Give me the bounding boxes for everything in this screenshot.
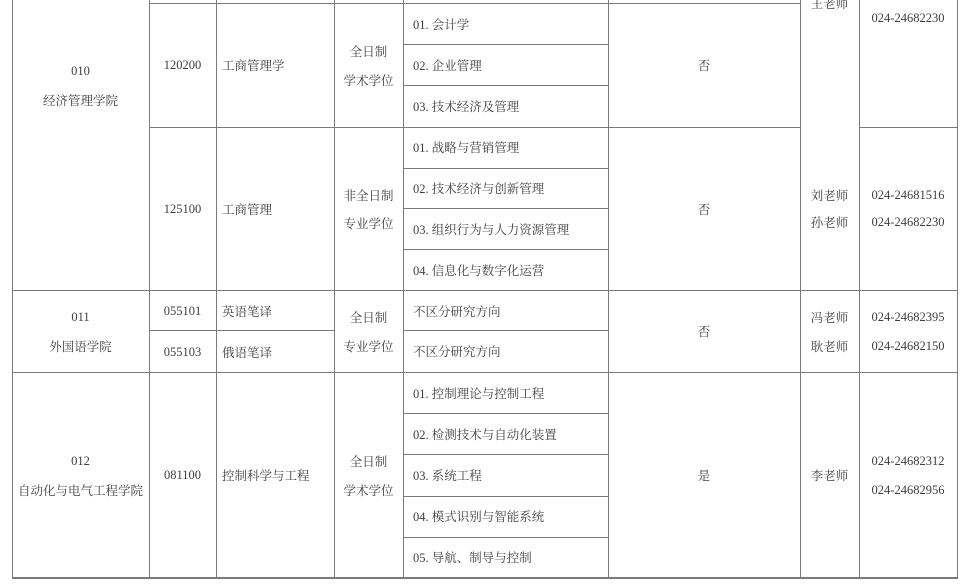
table-border-h — [149, 330, 334, 331]
contact-phone: 024-24681516 — [860, 186, 956, 204]
contact-phone: 024-24682230 — [860, 213, 956, 231]
table-border-h — [403, 454, 608, 455]
table-border-h — [403, 168, 608, 169]
research-direction: 02. 技术经济与创新管理 — [413, 179, 607, 197]
adjustment-flag: 否 — [609, 322, 799, 340]
table-border-h — [403, 208, 608, 209]
major-code: 120200 — [150, 56, 215, 74]
contact-phone: 024-24682150 — [860, 337, 956, 355]
contact-name: 冯老师 — [801, 308, 858, 326]
research-direction: 01. 会计学 — [413, 15, 607, 33]
contact-name: 刘老师 — [801, 186, 858, 204]
degree-type: 学术学位 — [335, 481, 402, 499]
research-direction: 01. 战略与营销管理 — [413, 138, 607, 156]
table-border-h — [859, 127, 957, 128]
college-name: 外国语学院 — [13, 337, 148, 355]
table-border-h — [403, 249, 608, 250]
college-code: 011 — [13, 308, 148, 326]
college-code: 010 — [13, 62, 148, 80]
college-name: 经济管理学院 — [13, 91, 148, 109]
major-name: 工商管理 — [222, 200, 332, 218]
major-name: 控制科学与工程 — [222, 466, 332, 484]
major-name: 工商管理学 — [222, 56, 332, 74]
table-border-h — [403, 44, 608, 45]
table-border-h — [403, 330, 608, 331]
major-code: 081100 — [150, 466, 215, 484]
research-direction: 02. 企业管理 — [413, 56, 607, 74]
major-name: 英语笔译 — [222, 302, 332, 320]
major-name: 俄语笔译 — [222, 343, 332, 361]
table-border-h — [403, 537, 608, 538]
research-direction: 03. 技术经济及管理 — [413, 97, 607, 115]
contact-phone: 024-24682230 — [860, 9, 956, 27]
adjustment-flag: 否 — [609, 56, 799, 74]
adjustment-flag: 是 — [609, 466, 799, 484]
major-code: 125100 — [150, 200, 215, 218]
contact-phone: 024-24682395 — [860, 308, 956, 326]
research-direction: 05. 导航、制导与控制 — [413, 548, 607, 566]
major-code: 055101 — [150, 302, 215, 320]
contact-phone: 024-24682312 — [860, 452, 956, 470]
research-direction: 02. 检测技术与自动化装置 — [413, 425, 607, 443]
research-direction: 不区分研究方向 — [413, 342, 607, 360]
study-mode: 非全日制 — [335, 186, 402, 204]
major-code: 055103 — [150, 343, 215, 361]
study-mode: 全日制 — [335, 308, 402, 326]
table-border-h — [403, 85, 608, 86]
contact-name: 李老师 — [801, 466, 858, 484]
adjustment-flag: 否 — [609, 200, 799, 218]
degree-type: 学术学位 — [335, 71, 402, 89]
table-border-h — [12, 290, 958, 291]
research-direction: 03. 系统工程 — [413, 466, 607, 484]
contact-name: 孙老师 — [801, 213, 858, 231]
table-border-h — [149, 127, 801, 128]
research-direction: 04. 信息化与数字化运营 — [413, 261, 607, 279]
college-name: 自动化与电气工程学院 — [13, 481, 148, 499]
table-border-h — [12, 577, 958, 579]
degree-type: 专业学位 — [335, 337, 402, 355]
study-mode: 全日制 — [335, 42, 402, 60]
research-direction: 03. 组织行为与人力资源管理 — [413, 220, 607, 238]
research-direction: 01. 控制理论与控制工程 — [413, 384, 607, 402]
table-border-h — [149, 3, 801, 4]
table-border-h — [12, 372, 958, 373]
contact-phone: 024-24682956 — [860, 481, 956, 499]
degree-type: 专业学位 — [335, 214, 402, 232]
research-direction: 不区分研究方向 — [413, 302, 607, 320]
table-border-h — [403, 496, 608, 497]
contact-name: 王老师 — [801, 0, 858, 11]
table-border-h — [403, 413, 608, 414]
study-mode: 全日制 — [335, 452, 402, 470]
admissions-table: 王老师 024-24682230 010 经济管理学院 120200 工商管理学… — [0, 0, 962, 584]
contact-name: 耿老师 — [801, 337, 858, 355]
research-direction: 04. 模式识别与智能系统 — [413, 507, 607, 525]
college-code: 012 — [13, 452, 148, 470]
